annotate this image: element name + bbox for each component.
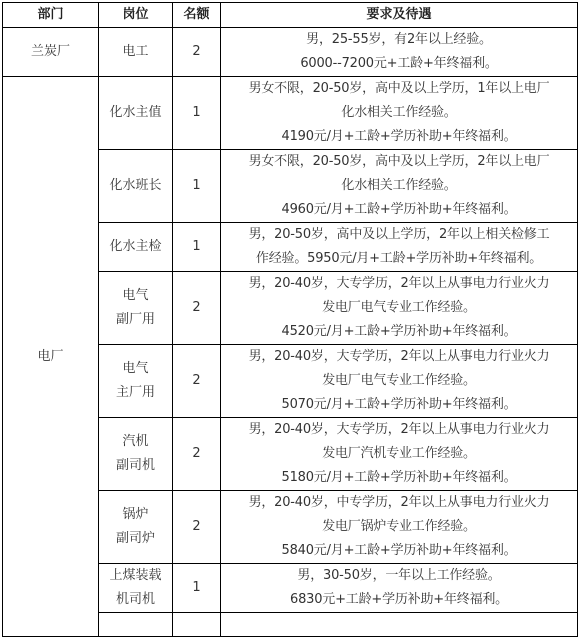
requirements-cell: 男，20-40岁，大专学历，2年以上从事电力行业火力 发电厂电气专业工作经验。 … [221, 272, 578, 345]
position-line: 电气 [99, 357, 172, 381]
requirements-cell: 男，20-50岁，高中及以上学历，2年以上相关检修工 作经验。5950元/月+工… [221, 223, 578, 272]
requirement-line: 6830元+工龄+学历补助+年终福利。 [221, 588, 577, 608]
quota-cell: 1 [173, 223, 221, 272]
quota-cell: 2 [173, 491, 221, 564]
requirements-cell: 男，20-40岁，大专学历，2年以上从事电力行业火力 发电厂电气专业工作经验。 … [221, 345, 578, 418]
requirement-line: 化水相关工作经验。 [221, 101, 577, 125]
position-line: 副司机 [99, 454, 172, 478]
requirements-cell: 男女不限，20-50岁，高中及以上学历，2年以上电厂 化水相关工作经验。 496… [221, 150, 578, 223]
job-openings-table: 部门 岗位 名额 要求及待遇 兰炭厂 电工 2 男，25-55岁，有2年以上经验… [2, 2, 578, 608]
quota-cell: 2 [173, 272, 221, 345]
requirement-line: 4960元/月+工龄+学历补助+年终福利。 [221, 198, 577, 222]
requirement-line: 发电厂汽机专业工作经验。 [221, 442, 577, 466]
position-line: 机司机 [99, 588, 172, 608]
position-cell: 电工 [99, 28, 173, 77]
requirement-line: 发电厂电气专业工作经验。 [221, 369, 577, 393]
requirements-cell: 男，30-50岁，一年以上工作经验。 6830元+工龄+学历补助+年终福利。 [221, 564, 578, 609]
requirement-line: 作经验。5950元/月+工龄+学历补助+年终福利。 [221, 247, 577, 271]
position-cell: 电气 副厂用 [99, 272, 173, 345]
department-cell: 电厂 [3, 77, 99, 609]
position-line: 汽机 [99, 430, 172, 454]
requirement-line: 4190元/月+工龄+学历补助+年终福利。 [221, 125, 577, 149]
position-cell: 化水主值 [99, 77, 173, 150]
requirement-line: 发电厂锅炉专业工作经验。 [221, 515, 577, 539]
quota-cell: 2 [173, 345, 221, 418]
position-line: 副厂用 [99, 308, 172, 332]
position-line: 主厂用 [99, 381, 172, 405]
requirement-line: 男，20-40岁，中专学历，2年以上从事电力行业火力 [221, 491, 577, 515]
requirement-line: 4520元/月+工龄+学历补助+年终福利。 [221, 320, 577, 344]
position-line: 化水班长 [99, 174, 172, 198]
requirement-line: 5840元/月+工龄+学历补助+年终福利。 [221, 539, 577, 563]
table-row: 兰炭厂 电工 2 男，25-55岁，有2年以上经验。 6000--7200元+工… [3, 28, 578, 77]
quota-cell: 2 [173, 418, 221, 491]
position-cell: 汽机 副司机 [99, 418, 173, 491]
requirements-cell: 男，20-40岁，大专学历，2年以上从事电力行业火力 发电厂汽机专业工作经验。 … [221, 418, 578, 491]
position-line: 化水主值 [99, 101, 172, 125]
position-cell: 锅炉 副司炉 [99, 491, 173, 564]
header-requirements: 要求及待遇 [221, 3, 578, 28]
requirement-line: 男，20-40岁，大专学历，2年以上从事电力行业火力 [221, 418, 577, 442]
quota-cell: 1 [173, 77, 221, 150]
position-line: 副司炉 [99, 527, 172, 551]
requirement-line: 化水相关工作经验。 [221, 174, 577, 198]
quota-cell: 1 [173, 150, 221, 223]
department-cell: 兰炭厂 [3, 28, 99, 77]
header-department: 部门 [3, 3, 99, 28]
requirements-cell: 男女不限，20-50岁，高中及以上学历，1年以上电厂 化水相关工作经验。 419… [221, 77, 578, 150]
position-cell: 电气 主厂用 [99, 345, 173, 418]
position-cell: 化水主检 [99, 223, 173, 272]
header-position: 岗位 [99, 3, 173, 28]
requirements-cell: 男，25-55岁，有2年以上经验。 6000--7200元+工龄+年终福利。 [221, 28, 578, 77]
requirement-line: 男，20-40岁，大专学历，2年以上从事电力行业火力 [221, 272, 577, 296]
requirement-line: 5070元/月+工龄+学历补助+年终福利。 [221, 393, 577, 417]
requirement-line: 6000--7200元+工龄+年终福利。 [221, 52, 577, 76]
requirements-cell: 男，20-40岁，中专学历，2年以上从事电力行业火力 发电厂锅炉专业工作经验。 … [221, 491, 578, 564]
requirement-line: 男女不限，20-50岁，高中及以上学历，2年以上电厂 [221, 150, 577, 174]
quota-cell: 2 [173, 28, 221, 77]
quota-cell: 1 [173, 564, 221, 609]
position-line: 化水主检 [99, 235, 172, 259]
requirement-line: 男，20-40岁，大专学历，2年以上从事电力行业火力 [221, 345, 577, 369]
table-row: 电厂 化水主值 1 男女不限，20-50岁，高中及以上学历，1年以上电厂 化水相… [3, 77, 578, 150]
requirement-line: 发电厂电气专业工作经验。 [221, 296, 577, 320]
requirement-line: 男，30-50岁，一年以上工作经验。 [221, 564, 577, 588]
requirement-line: 5180元/月+工龄+学历补助+年终福利。 [221, 466, 577, 490]
position-line: 锅炉 [99, 503, 172, 527]
header-row: 部门 岗位 名额 要求及待遇 [3, 3, 578, 28]
position-cell: 化水班长 [99, 150, 173, 223]
requirement-line: 男女不限，20-50岁，高中及以上学历，1年以上电厂 [221, 77, 577, 101]
header-quota: 名额 [173, 3, 221, 28]
position-line: 电工 [99, 40, 172, 64]
requirement-line: 男，25-55岁，有2年以上经验。 [221, 28, 577, 52]
requirement-line: 男，20-50岁，高中及以上学历，2年以上相关检修工 [221, 223, 577, 247]
position-line: 上煤装载 [99, 564, 172, 588]
position-cell: 上煤装载 机司机 [99, 564, 173, 609]
position-line: 电气 [99, 284, 172, 308]
